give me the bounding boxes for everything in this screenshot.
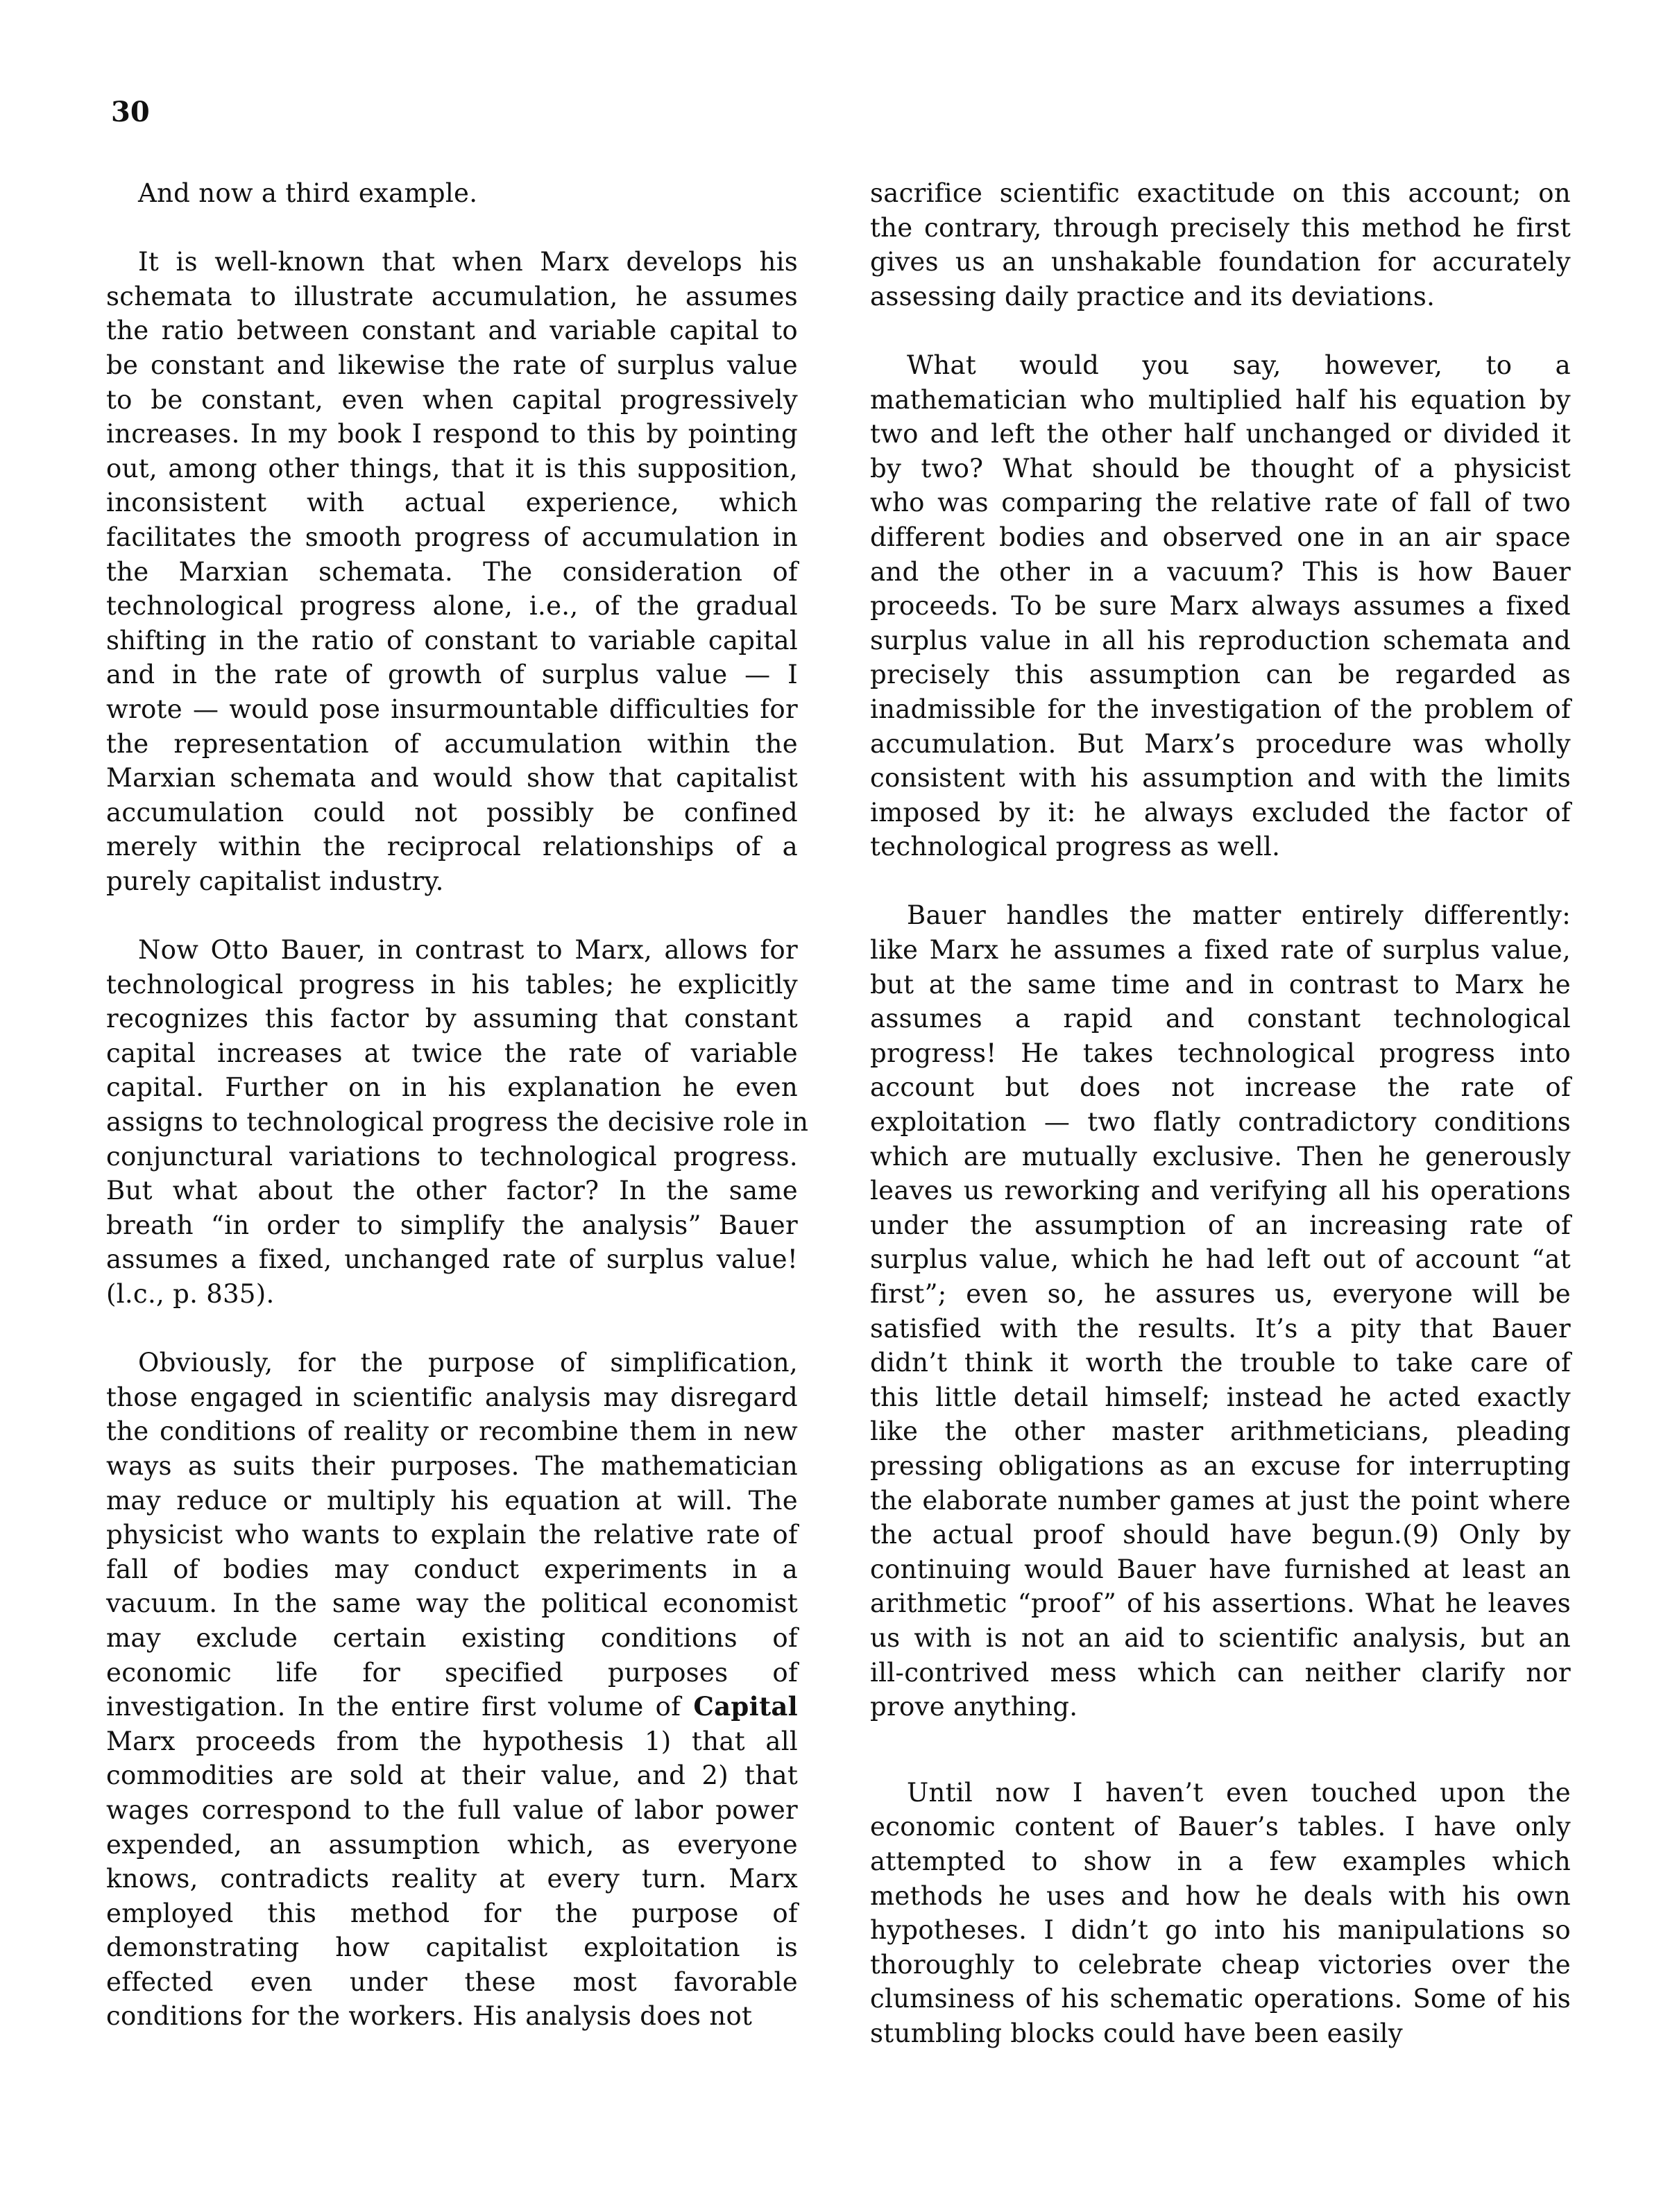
text-line: accumulation could not possibly be confi… (106, 796, 798, 830)
text-line: under the assumption of an increasing ra… (870, 1208, 1571, 1243)
text-line: account but does not increase the rate o… (870, 1070, 1571, 1105)
text-line: the actual proof should have begun.(9) O… (870, 1518, 1571, 1552)
text-line: those engaged in scientific analysis may… (106, 1380, 798, 1415)
paragraph: Now Otto Bauer, in contrast to Marx, all… (106, 933, 798, 1312)
text-line: conjunctural variations to technological… (106, 1140, 798, 1174)
text-line: the ratio between constant and variable … (106, 314, 798, 348)
text-line: And now a third example. (106, 176, 798, 211)
text-line: hypotheses. I didn’t go into his manipul… (870, 1913, 1571, 1948)
text-line: commodities are sold at their value, and… (106, 1758, 798, 1793)
paragraph: sacrifice scientific exactitude on this … (870, 176, 1571, 314)
text-line: ways as suits their purposes. The mathem… (106, 1449, 798, 1484)
paragraph: And now a third example. (106, 176, 798, 211)
text-line: inconsistent with actual experience, whi… (106, 486, 798, 520)
text-line: technological progress alone, i.e., of t… (106, 589, 798, 624)
text-line: (l.c., p. 835). (106, 1277, 798, 1312)
text-line: shifting in the ratio of constant to var… (106, 624, 798, 658)
text-line: the conditions of reality or recombine t… (106, 1414, 798, 1449)
text-line: to be constant, even when capital progre… (106, 383, 798, 418)
text-line: imposed by it: he always excluded the fa… (870, 796, 1571, 830)
text-line: employed this method for the purpose of (106, 1896, 798, 1931)
text-line: Now Otto Bauer, in contrast to Marx, all… (106, 933, 798, 968)
text-line: Marxian schemata and would show that cap… (106, 761, 798, 796)
text-line: Marx proceeds from the hypothesis 1) tha… (106, 1724, 798, 1759)
text-line: What would you say, however, to a (870, 348, 1571, 383)
text-line: progress! He takes technological progres… (870, 1036, 1571, 1071)
text-line: continuing would Bauer have furnished at… (870, 1552, 1571, 1587)
text-line: first”; even so, he assures us, everyone… (870, 1277, 1571, 1312)
text-line: clumsiness of his schematic operations. … (870, 1982, 1571, 2016)
text-line: vacuum. In the same way the political ec… (106, 1586, 798, 1621)
text-line: Obviously, for the purpose of simplifica… (106, 1346, 798, 1380)
text-line: recognizes this factor by assuming that … (106, 1002, 798, 1036)
paragraph: What would you say, however, to amathema… (870, 348, 1571, 864)
text-line: breath “in order to simplify the analysi… (106, 1208, 798, 1243)
text-line: consistent with his assumption and with … (870, 761, 1571, 796)
text-line: ill-contrived mess which can neither cla… (870, 1656, 1571, 1690)
bold-term: Capital (681, 1691, 798, 1722)
text-line: assessing daily practice and its deviati… (870, 280, 1571, 314)
text-line: But what about the other factor? In the … (106, 1174, 798, 1208)
paragraph: It is well-known that when Marx develops… (106, 245, 798, 898)
text-line: out, among other things, that it is this… (106, 452, 798, 486)
text-line: may exclude certain existing conditions … (106, 1621, 798, 1656)
text-line: Bauer handles the matter entirely differ… (870, 898, 1571, 933)
text-line: surplus value in all his reproduction sc… (870, 624, 1571, 658)
text-line: fall of bodies may conduct experiments i… (106, 1552, 798, 1587)
text-line: and in the rate of growth of surplus val… (106, 658, 798, 692)
text-line: like Marx he assumes a fixed rate of sur… (870, 933, 1571, 968)
text-line: expended, an assumption which, as everyo… (106, 1828, 798, 1862)
text-line: thoroughly to celebrate cheap victories … (870, 1948, 1571, 1982)
left-column: And now a third example.It is well-known… (106, 176, 798, 2034)
text-line: attempted to show in a few examples whic… (870, 1844, 1571, 1879)
text-line: and the other in a vacuum? This is how B… (870, 555, 1571, 590)
text-line: capital. Further on in his explanation h… (106, 1070, 798, 1105)
text-line: didn’t think it worth the trouble to tak… (870, 1346, 1571, 1380)
text-line: technological progress in his tables; he… (106, 968, 798, 1002)
text-line: who was comparing the relative rate of f… (870, 486, 1571, 520)
text-line: be constant and likewise the rate of sur… (106, 348, 798, 383)
text-line: exploitation — two flatly contradictory … (870, 1105, 1571, 1140)
paragraph: Obviously, for the purpose of simplifica… (106, 1346, 798, 2034)
text-line: us with is not an aid to scientific anal… (870, 1621, 1571, 1656)
text-line: accumulation. But Marx’s procedure was w… (870, 727, 1571, 762)
text-line: merely within the reciprocal relationshi… (106, 830, 798, 864)
text-line: by two? What should be thought of a phys… (870, 452, 1571, 486)
text-line: satisfied with the results. It’s a pity … (870, 1312, 1571, 1346)
text-line: wages correspond to the full value of la… (106, 1793, 798, 1828)
text-line: the Marxian schemata. The consideration … (106, 555, 798, 590)
text-line: the representation of accumulation withi… (106, 727, 798, 762)
text-line: capital increases at twice the rate of v… (106, 1036, 798, 1071)
text-line: surplus value, which he had left out of … (870, 1242, 1571, 1277)
text-line: two and left the other half unchanged or… (870, 417, 1571, 452)
text-line: the elaborate number games at just the p… (870, 1484, 1571, 1518)
text-line: prove anything. (870, 1690, 1571, 1724)
right-column: sacrifice scientific exactitude on this … (870, 176, 1571, 2050)
text-line: methods he uses and how he deals with hi… (870, 1879, 1571, 1914)
text-line: investigation. In the entire first volum… (106, 1690, 798, 1724)
text-line: but at the same time and in contrast to … (870, 968, 1571, 1002)
text-line: inadmissible for the investigation of th… (870, 692, 1571, 727)
text-line: effected even under these most favorable (106, 1965, 798, 2000)
text-line: mathematician who multiplied half his eq… (870, 383, 1571, 418)
text-line: Until now I haven’t even touched upon th… (870, 1776, 1571, 1810)
text-line: facilitates the smooth progress of accum… (106, 520, 798, 555)
text-line: this little detail himself; instead he a… (870, 1380, 1571, 1415)
text-line: economic content of Bauer’s tables. I ha… (870, 1810, 1571, 1844)
text-line: the contrary, through precisely this met… (870, 211, 1571, 246)
text-line: assumes a fixed, unchanged rate of surpl… (106, 1242, 798, 1277)
text-line: schemata to illustrate accumulation, he … (106, 280, 798, 314)
text-line: proceeds. To be sure Marx always assumes… (870, 589, 1571, 624)
text-line: physicist who wants to explain the relat… (106, 1518, 798, 1552)
text-line: arithmetic “proof” of his assertions. Wh… (870, 1586, 1571, 1621)
page-number: 30 (111, 97, 150, 128)
paragraph: Bauer handles the matter entirely differ… (870, 898, 1571, 1724)
text-line: leaves us reworking and verifying all hi… (870, 1174, 1571, 1208)
text-line: demonstrating how capitalist exploitatio… (106, 1930, 798, 1965)
text-line: It is well-known that when Marx develops… (106, 245, 798, 280)
text-line: stumbling blocks could have been easily (870, 2016, 1571, 2051)
text-line: increases. In my book I respond to this … (106, 417, 798, 452)
text-line: which are mutually exclusive. Then he ge… (870, 1140, 1571, 1174)
text-line: conditions for the workers. His analysis… (106, 1999, 798, 2034)
text-line: technological progress as well. (870, 830, 1571, 864)
text-line: sacrifice scientific exactitude on this … (870, 176, 1571, 211)
text-line: different bodies and observed one in an … (870, 520, 1571, 555)
text-line: wrote — would pose insurmountable diffic… (106, 692, 798, 727)
text-line: knows, contradicts reality at every turn… (106, 1862, 798, 1896)
paragraph: Until now I haven’t even touched upon th… (870, 1776, 1571, 2051)
text-line: assumes a rapid and constant technologic… (870, 1002, 1571, 1036)
text-line: purely capitalist industry. (106, 864, 798, 899)
text-line: assigns to technological progress the de… (106, 1105, 798, 1140)
text-line: may reduce or multiply his equation at w… (106, 1484, 798, 1518)
text-line: precisely this assumption can be regarde… (870, 658, 1571, 692)
text-line: pressing obligations as an excuse for in… (870, 1449, 1571, 1484)
text-line: economic life for specified purposes of (106, 1656, 798, 1690)
text-line: like the other master arithmeticians, pl… (870, 1414, 1571, 1449)
text-line: gives us an unshakable foundation for ac… (870, 245, 1571, 280)
